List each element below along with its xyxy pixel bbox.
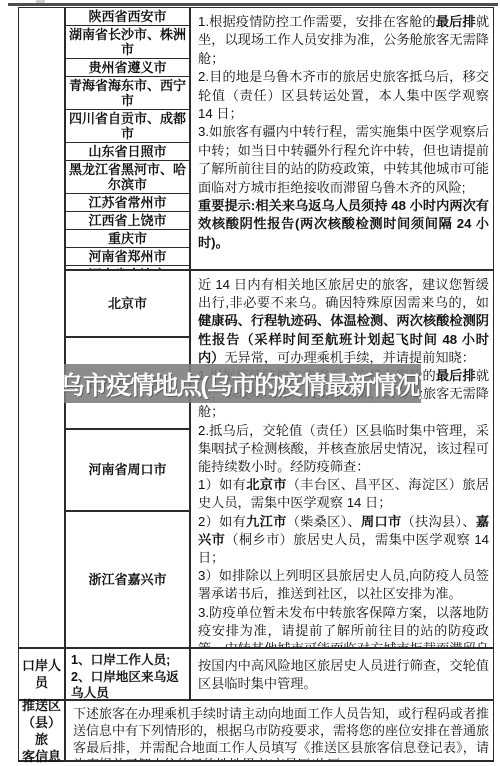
- city-name-cell: 河南省郑州市: [66, 248, 189, 266]
- city-name-cell: 湖南省长沙市、株洲市: [66, 26, 189, 59]
- policy-text-cities: 1.根据疫情防控工作需要，安排在客舱的最后排就坐，以现场工作人员安排为准，公务舱…: [190, 7, 494, 270]
- page: 陕西省西安市湖南省长沙市、株洲市贵州省遵义市青海省海东市、西宁市四川省自贡市、成…: [0, 0, 500, 766]
- city-name-cell: 青海省海东市、西宁市: [66, 77, 189, 110]
- port-policy-cell: 按国内中高风险地区旅居史人员进行筛查，交轮值区县临时集中管理。: [190, 648, 494, 700]
- push-label-cell: 推送区 （县）旅 客信息: [18, 700, 65, 762]
- category-column-empty-cell: [18, 7, 65, 648]
- city-name-cell: 陕西省西安市: [66, 8, 189, 26]
- port-who-cell: 1、口岸工作人员; 2、口岸地区来乌返乌人员: [65, 648, 190, 700]
- top-notch: [36, 0, 45, 3]
- top-border-bar: [8, 3, 498, 6]
- city-name-cell: 山东省日照市: [66, 143, 189, 161]
- port-label-cell: 口岸人员: [18, 648, 65, 700]
- push-policy-cell: 下述旅客在办理乘机手续时请主动向地面工作人员告知，或行程码或者推送信息中有下列情…: [65, 700, 494, 762]
- city-name-cell: 江西省上饶市: [66, 212, 189, 230]
- watermark-title-bar: 乌市疫情地点(乌市的疫情最新情况): [64, 364, 421, 403]
- city-name-cell: 黑龙江省黑河市、哈尔滨市: [66, 161, 189, 194]
- policy-text-beijing: 近 14 日内有相关地区旅居史的旅客，建议您暂缓出行,非必要不来乌。确因特殊原因…: [190, 270, 494, 648]
- watermark-title: 乌市疫情地点(乌市的疫情最新情况): [64, 366, 421, 402]
- city-name-cell: 贵州省遵义市: [66, 59, 189, 77]
- city-list: 陕西省西安市湖南省长沙市、株洲市贵州省遵义市青海省海东市、西宁市四川省自贡市、成…: [65, 7, 190, 270]
- city-name-cell: 江苏省常州市: [66, 194, 189, 212]
- beijing-city-cell: 北京市: [65, 270, 190, 337]
- jiaxing-city-cell: 浙江省嘉兴市: [65, 511, 190, 648]
- zhoukou-city-cell: 河南省周口市: [65, 429, 190, 511]
- city-name-cell: 重庆市: [66, 230, 189, 248]
- city-name-cell: 四川省自贡市、成都市: [66, 110, 189, 143]
